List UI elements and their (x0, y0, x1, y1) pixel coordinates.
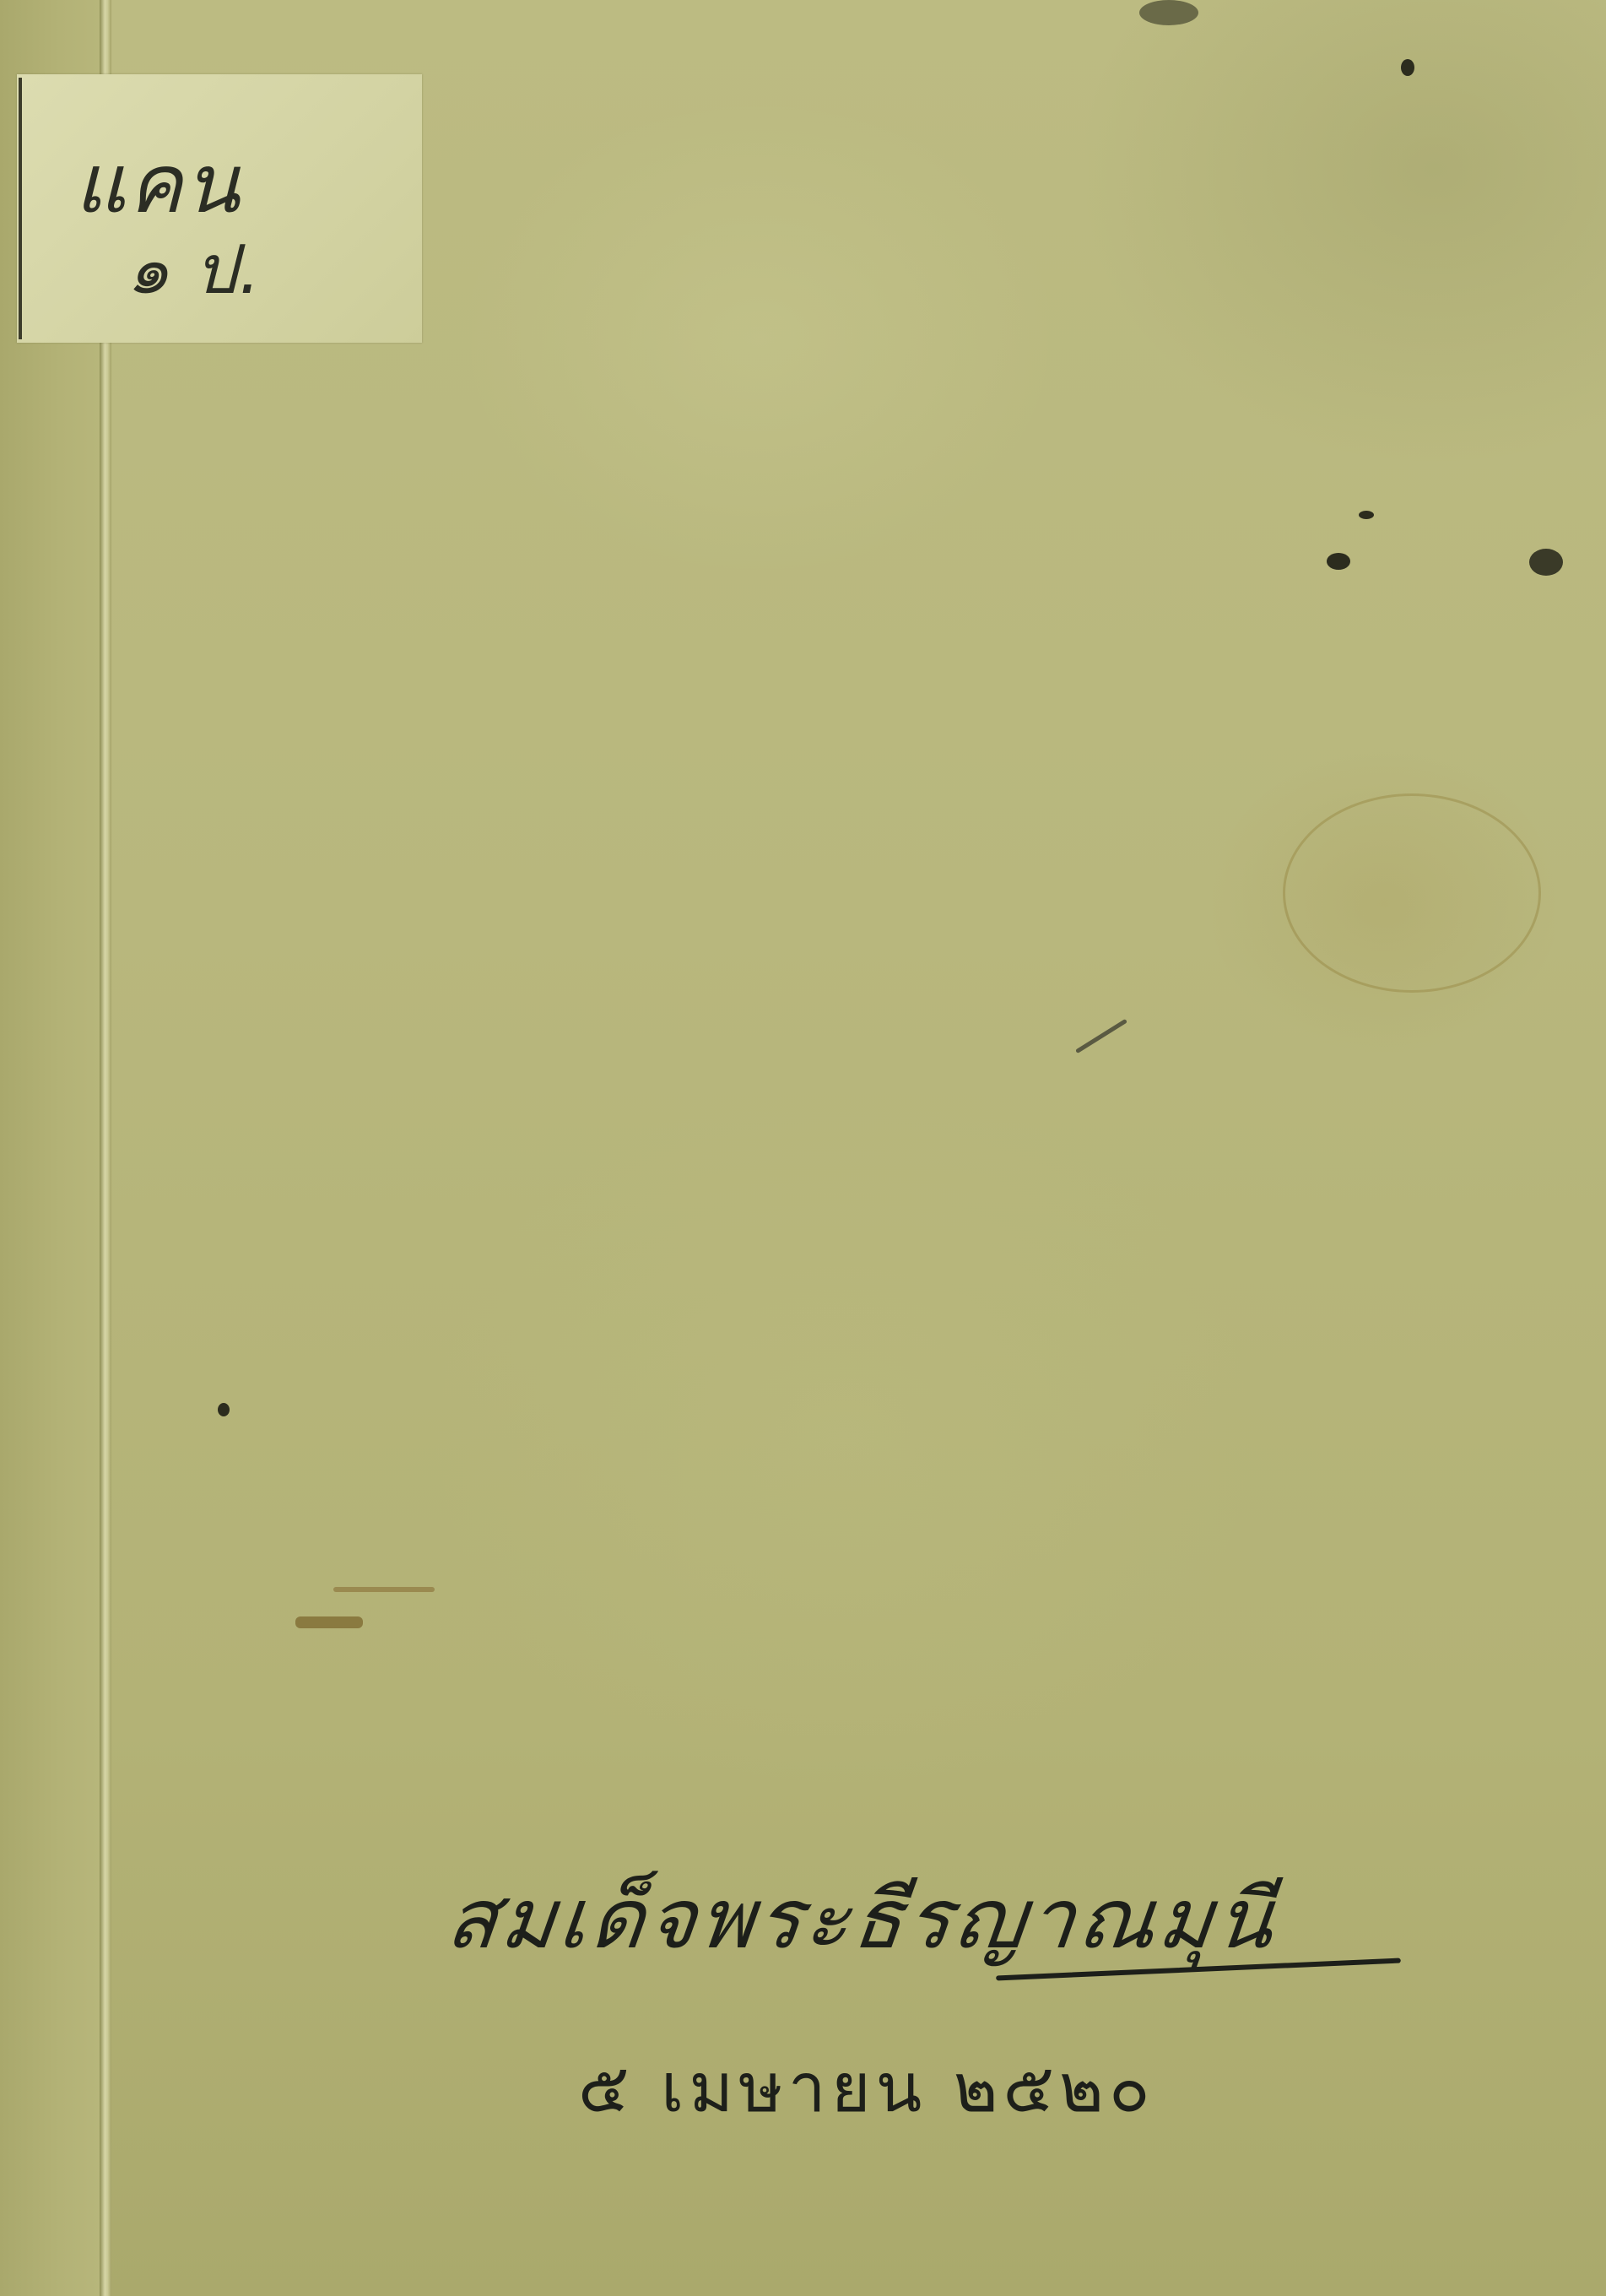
ink-spot (1139, 0, 1198, 25)
ink-spot (1359, 511, 1374, 519)
rust-mark (333, 1587, 435, 1592)
water-stain (1283, 793, 1541, 993)
handwritten-signature: สมเด็จพระธีรญาณมุนี (441, 1853, 1284, 1985)
spine-strip (0, 0, 100, 2296)
spine-label-title: แคน (74, 143, 241, 225)
ink-spot (1529, 549, 1563, 576)
ink-mark (1075, 1019, 1127, 1053)
handwritten-date: ๕ เมษายน ๒๕๒๐ (578, 2034, 1155, 2142)
book-cover: แคน ๑ ป. สมเด็จพระธีรญาณมุนี ๕ เมษายน ๒๕… (0, 0, 1606, 2296)
ink-spot (218, 1403, 230, 1416)
ink-spot (1327, 553, 1350, 570)
ink-spot (1401, 59, 1414, 76)
spine-label-edge (19, 78, 22, 339)
spine-label-number: ๑ ป. (127, 236, 262, 304)
rust-mark (295, 1616, 363, 1628)
spine-fold (100, 0, 111, 2296)
